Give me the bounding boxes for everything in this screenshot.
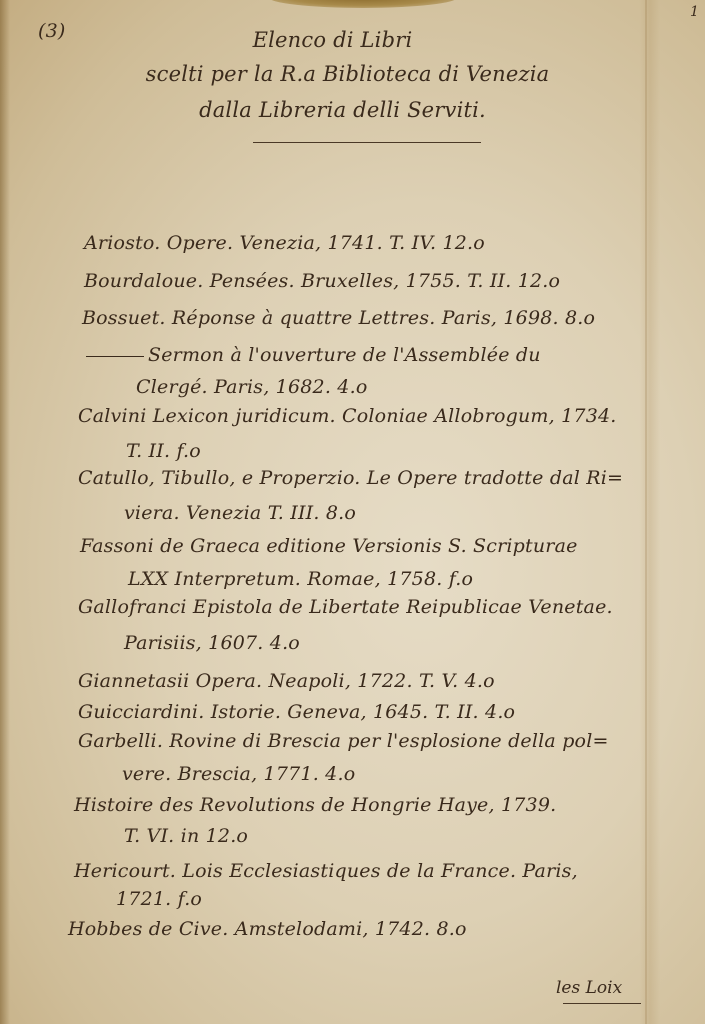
entry-continuation: T. II. f.o [126,440,201,462]
title-underline [253,142,481,143]
entry-text: Sermon à l'ouverture de l'Assemblée du [148,344,541,366]
title-line-1: Elenco di Libri [0,28,685,52]
entry-catullo: Catullo, Tibullo, e Properzio. Le Opere … [78,467,623,489]
entry-guicciardini: Guicciardini. Istorie. Geneva, 1645. T. … [78,701,515,723]
entry-ariosto: Ariosto. Opere. Venezia, 1741. T. IV. 12… [84,232,485,254]
entry-continuation: viera. Venezia T. III. 8.o [124,502,356,524]
catchword-underline [563,1003,641,1004]
entry-gallofranci: Gallofranci Epistola de Libertate Reipub… [78,596,613,618]
title-line-3: dalla Libreria delli Serviti. [0,98,695,122]
entry-fassoni: Fassoni de Graeca editione Versionis S. … [80,535,578,557]
wax-stain [268,0,458,8]
entry-continuation: LXX Interpretum. Romae, 1758. f.o [128,568,473,590]
entry-hobbes: Hobbes de Cive. Amstelodami, 1742. 8.o [68,918,467,940]
entry-continuation: T. VI. in 12.o [124,825,248,847]
title-line-2: scelti per la R.a Biblioteca di Venezia [0,62,700,86]
entry-giannetasii: Giannetasii Opera. Neapoli, 1722. T. V. … [78,670,495,692]
entry-garbelli: Garbelli. Rovine di Brescia per l'esplos… [78,730,609,752]
manuscript-page: (3) 1 Elenco di Libri scelti per la R.a … [0,0,705,1024]
ditto-dash [86,356,144,357]
entry-bourdaloue: Bourdaloue. Pensées. Bruxelles, 1755. T.… [84,270,560,292]
entry-hericourt: Hericourt. Lois Ecclesiastiques de la Fr… [74,860,578,882]
entry-continuation: Parisiis, 1607. 4.o [124,632,300,654]
entry-continuation: 1721. f.o [116,888,202,910]
entry-bossuet-sermon: Sermon à l'ouverture de l'Assemblée du [86,344,541,366]
entry-bossuet-reponse: Bossuet. Réponse à quattre Lettres. Pari… [82,307,595,329]
entry-histoire-hongrie: Histoire des Revolutions de Hongrie Haye… [74,794,556,816]
catchword: les Loix [556,978,622,998]
page-fold [645,0,647,1024]
entry-continuation: vere. Brescia, 1771. 4.o [122,763,355,785]
folio-number-right: 1 [690,4,699,20]
entry-calvini: Calvini Lexicon juridicum. Coloniae Allo… [78,405,617,427]
entry-continuation: Clergé. Paris, 1682. 4.o [136,376,367,398]
